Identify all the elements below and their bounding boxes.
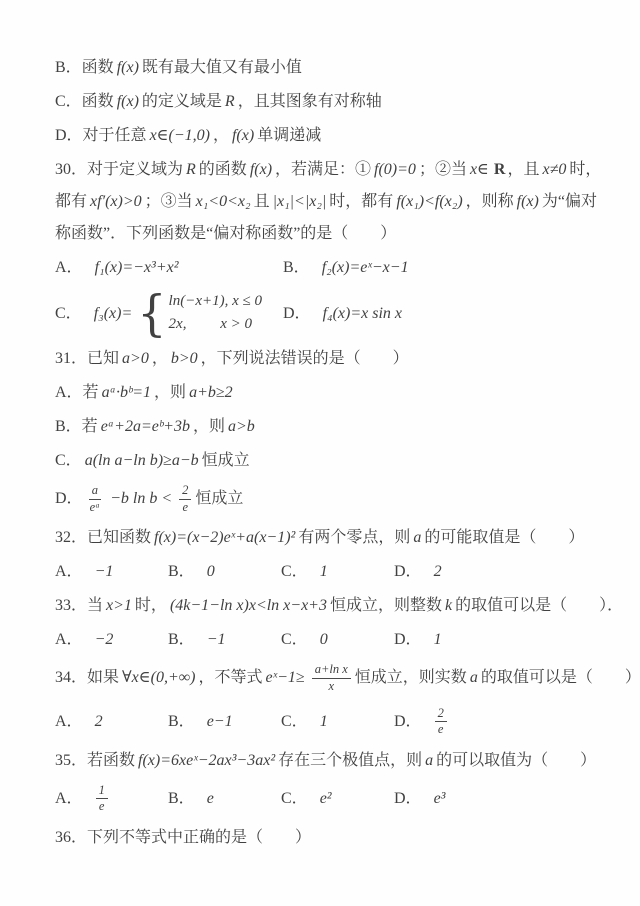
- option-b: B．f₂(x)=eˣ−x−1: [283, 256, 412, 279]
- math-run: f(x)=6xeˣ−2ax³−3ax²: [138, 752, 275, 769]
- text-run: 31．已知: [55, 350, 119, 367]
- text-run: ，则: [154, 384, 186, 401]
- option-d: D．2e: [394, 706, 451, 738]
- text-run: ；③当: [145, 193, 193, 210]
- text-run: 存在三个极值点，则: [278, 752, 422, 769]
- q30-stem-line-3: 称函数”．下列函数是“偏对称函数”的是（ ）: [55, 222, 610, 245]
- case-row: ln(−x+1), x ≤ 0: [169, 290, 262, 313]
- math-run: f(x)=(x−2)eˣ+a(x−1)²: [154, 529, 295, 546]
- option-label: D．: [394, 787, 422, 810]
- option-label: C．: [281, 787, 308, 810]
- math-run: 1: [320, 560, 328, 583]
- option-label: A．: [55, 560, 83, 583]
- option-label: A．: [55, 710, 83, 733]
- fraction: aeᵃ: [87, 483, 104, 515]
- math-run: f(0)=0: [374, 161, 416, 178]
- option-a: A．−2: [55, 628, 168, 651]
- math-run: f(x): [250, 161, 272, 178]
- piecewise-cases: {ln(−x+1), x ≤ 02x, x > 0: [137, 290, 262, 336]
- text-run: 35．若函数: [55, 752, 135, 769]
- q29-option-d: D．对于任意x∈(−1,0)，f(x)单调递减: [55, 124, 610, 147]
- text-run: 33．当: [55, 597, 103, 614]
- math-run: a>b: [228, 418, 255, 435]
- option-b: B．e−1: [168, 710, 281, 733]
- numerator: a: [89, 483, 101, 500]
- q30-options-row-ab: A．f₁(x)=−x³+x²B．f₂(x)=eˣ−x−1: [55, 256, 610, 279]
- text-run: 恒成立，则实数: [355, 669, 467, 686]
- text-run: 时，都有: [329, 193, 393, 210]
- q30-options-row-cd: C．f₃(x)={ln(−x+1), x ≤ 02x, x > 0D．f₄(x)…: [55, 290, 610, 336]
- math-run: a: [470, 669, 478, 686]
- numerator: 2: [435, 706, 447, 723]
- text-run: C．函数: [55, 93, 114, 110]
- math-run: 2: [95, 710, 103, 733]
- math-run: |x₁|<|x₂|: [273, 193, 327, 210]
- option-c: C．e²: [281, 787, 394, 810]
- option-label: A．: [55, 256, 83, 279]
- option-b: B．−1: [168, 628, 281, 651]
- math-run: b>0: [171, 350, 198, 367]
- numerator: 2: [179, 483, 191, 500]
- math-run: e−1: [207, 710, 233, 733]
- option-d: D．f₄(x)=x sin x: [283, 302, 405, 325]
- text-run: B．函数: [55, 59, 114, 76]
- q36-stem: 36．下列不等式中正确的是（ ）: [55, 826, 610, 849]
- text-run: C．: [55, 452, 82, 469]
- q35-options: A．1eB．eC．e²D．e³: [55, 783, 610, 815]
- text-run: ，且: [507, 161, 539, 178]
- option-label: B．: [168, 628, 195, 651]
- q29-option-b: B．函数f(x)既有最大值又有最小值: [55, 56, 610, 79]
- q31-option-d: D．aeᵃ−b ln b <2e恒成立: [55, 483, 610, 515]
- q31-option-a: A．若aᵃ·bᵇ=1，则a+b≥2: [55, 381, 610, 404]
- math-run: a+b≥2: [189, 384, 233, 401]
- q32-stem: 32．已知函数f(x)=(x−2)eˣ+a(x−1)²有两个零点，则a的可能取值…: [55, 526, 610, 549]
- math-run: x≠0: [542, 161, 566, 178]
- math-run: f(x): [117, 93, 139, 110]
- option-label: B．: [168, 787, 195, 810]
- fraction: a+ln xx: [312, 662, 351, 694]
- denominator: e: [96, 799, 108, 815]
- q30-stem-line-1: 30．对于定义域为R的函数f(x)，若满足：①f(0)=0；②当x∈R，且x≠0…: [55, 158, 610, 181]
- text-run: ；②当: [419, 161, 467, 178]
- option-b: B．0: [168, 560, 281, 583]
- math-run: −1: [95, 560, 114, 583]
- q31-option-c: C．a(ln a−ln b)≥a−b恒成立: [55, 449, 610, 472]
- math-run: x∈(−1,0): [150, 127, 210, 144]
- text-run: ，若满足：①: [275, 161, 371, 178]
- text-run: 的可能取值是（ ）: [424, 529, 584, 546]
- math-run: x∈: [470, 161, 489, 178]
- math-run: f(x₁)<f(x₂): [396, 193, 462, 210]
- option-d: D．1: [394, 628, 445, 651]
- math-run: k: [445, 597, 452, 614]
- q33-stem: 33．当x>1时，(4k−1−ln x)x<ln x−x+3恒成立，则整数k的取…: [55, 594, 610, 617]
- option-c: C．0: [281, 628, 394, 651]
- math-run: f(x): [117, 59, 139, 76]
- option-label: D．: [394, 628, 422, 651]
- exam-page: B．函数f(x)既有最大值又有最小值C．函数f(x)的定义域是R，且其图象有对称…: [0, 0, 640, 906]
- text-run: B．若: [55, 418, 98, 435]
- text-run: A．若: [55, 384, 99, 401]
- math-run: −b ln b <: [110, 490, 172, 507]
- option-label: C．: [55, 302, 82, 325]
- q33-options: A．−2B．−1C．0D．1: [55, 628, 610, 651]
- math-run: a: [413, 529, 421, 546]
- text-run: 的可以取值为（ ）: [436, 752, 596, 769]
- math-run: e²: [320, 787, 332, 810]
- q34-stem: 34．如果∀x∈(0,+∞)，不等式eˣ−1≥a+ln xx恒成立，则实数a的取…: [55, 662, 610, 694]
- q31-stem: 31．已知a>0，b>0，下列说法错误的是（ ）: [55, 347, 610, 370]
- option-label: B．: [283, 256, 310, 279]
- math-run: 1: [320, 710, 328, 733]
- text-run: 的取值可以是（ ）: [481, 669, 640, 686]
- math-run: −2: [95, 628, 114, 651]
- option-d: D．2: [394, 560, 445, 583]
- math-run: f₄(x)=x sin x: [323, 302, 402, 325]
- text-run: 32．已知函数: [55, 529, 151, 546]
- text-run: 称函数”．下列函数是“偏对称函数”的是（ ）: [55, 225, 396, 242]
- q30-stem-line-2: 都有xf′(x)>0；③当x₁<0<x₂且|x₁|<|x₂|时，都有f(x₁)<…: [55, 190, 610, 213]
- option-label: C．: [281, 560, 308, 583]
- denominator: e: [435, 722, 447, 738]
- option-c: C．1: [281, 560, 394, 583]
- math-run: R: [186, 161, 196, 178]
- math-run: x₁<0<x₂: [196, 193, 251, 210]
- math-run: 2: [434, 560, 442, 583]
- option-label: C．: [281, 628, 308, 651]
- option-d: D．e³: [394, 787, 448, 810]
- text-run: ，且其图象有对称轴: [238, 93, 382, 110]
- text-run: 恒成立，则整数: [330, 597, 442, 614]
- text-run: ，不等式: [198, 669, 262, 686]
- math-run: R: [225, 93, 235, 110]
- option-a: A．2: [55, 710, 168, 733]
- text-run: 单调递减: [257, 127, 321, 144]
- math-run: e³: [434, 787, 446, 810]
- q32-options: A．−1B．0C．1D．2: [55, 560, 610, 583]
- math-run: 1: [434, 628, 442, 651]
- q35-stem: 35．若函数f(x)=6xeˣ−2ax³−3ax²存在三个极值点，则a的可以取值…: [55, 749, 610, 772]
- option-label: A．: [55, 787, 83, 810]
- option-c: C．1: [281, 710, 394, 733]
- math-run: (4k−1−ln x)x<ln x−x+3: [170, 597, 327, 614]
- math-run: 0: [207, 560, 215, 583]
- option-label: D．: [394, 710, 422, 733]
- math-run: a(ln a−ln b)≥a−b: [85, 452, 199, 469]
- math-run: R: [494, 161, 506, 178]
- fraction: 2e: [435, 706, 447, 738]
- q34-options: A．2B．e−1C．1D．2e: [55, 706, 610, 738]
- text-run: ，: [213, 127, 229, 144]
- text-run: 恒成立: [195, 490, 243, 507]
- text-run: D．对于任意: [55, 127, 147, 144]
- option-label: B．: [168, 710, 195, 733]
- text-run: 34．如果: [55, 669, 119, 686]
- option-b: B．e: [168, 787, 281, 810]
- text-run: 为“偏对: [542, 193, 597, 210]
- option-a: A．1e: [55, 783, 168, 815]
- numerator: a+ln x: [312, 662, 351, 679]
- text-run: 都有: [55, 193, 87, 210]
- math-run: e: [207, 787, 214, 810]
- text-run: 30．对于定义域为: [55, 161, 183, 178]
- denominator: eᵃ: [87, 500, 104, 516]
- text-run: 有两个零点，则: [298, 529, 410, 546]
- option-label: C．: [281, 710, 308, 733]
- math-run: f₁(x)=−x³+x²: [95, 256, 179, 279]
- text-run: ，则称: [466, 193, 514, 210]
- option-label: D．: [394, 560, 422, 583]
- option-a: A．f₁(x)=−x³+x²: [55, 256, 283, 279]
- math-run: f₃(x)=: [94, 302, 133, 325]
- q29-option-c: C．函数f(x)的定义域是R，且其图象有对称轴: [55, 90, 610, 113]
- option-label: A．: [55, 628, 83, 651]
- text-run: ，下列说法错误的是（ ）: [201, 350, 409, 367]
- math-run: xf′(x)>0: [90, 193, 142, 210]
- math-run: x>1: [106, 597, 132, 614]
- option-label: D．: [283, 302, 311, 325]
- math-run: ∀x∈(0,+∞): [122, 669, 195, 686]
- case-rows: ln(−x+1), x ≤ 02x, x > 0: [169, 290, 262, 336]
- denominator: e: [179, 500, 191, 516]
- text-run: 36．下列不等式中正确的是（ ）: [55, 829, 311, 846]
- text-run: 的定义域是: [142, 93, 222, 110]
- math-run: a: [425, 752, 433, 769]
- numerator: 1: [96, 783, 108, 800]
- case-row: 2x, x > 0: [169, 313, 262, 336]
- text-run: ，: [152, 350, 168, 367]
- option-label: B．: [168, 560, 195, 583]
- text-run: 且: [254, 193, 270, 210]
- text-run: 时，: [569, 161, 601, 178]
- math-run: a>0: [122, 350, 149, 367]
- fraction: 2e: [179, 483, 191, 515]
- left-brace-icon: {: [137, 290, 166, 336]
- math-run: eᵃ+2a=eᵇ+3b: [101, 418, 190, 435]
- math-run: eˣ−1≥: [266, 669, 305, 686]
- fraction: 1e: [96, 783, 108, 815]
- math-run: aᵃ·bᵇ=1: [102, 384, 151, 401]
- math-run: f(x): [517, 193, 539, 210]
- text-run: 的函数: [199, 161, 247, 178]
- q31-option-b: B．若eᵃ+2a=eᵇ+3b，则a>b: [55, 415, 610, 438]
- text-run: 既有最大值又有最小值: [142, 59, 302, 76]
- text-run: D．: [55, 490, 83, 507]
- denominator: x: [325, 679, 337, 695]
- text-run: ，则: [193, 418, 225, 435]
- option-a: A．−1: [55, 560, 168, 583]
- math-run: f₂(x)=eˣ−x−1: [322, 256, 409, 279]
- text-run: 时，: [135, 597, 167, 614]
- math-run: −1: [207, 628, 226, 651]
- text-run: 恒成立: [202, 452, 250, 469]
- option-c: C．f₃(x)={ln(−x+1), x ≤ 02x, x > 0: [55, 290, 283, 336]
- math-run: f(x): [232, 127, 254, 144]
- text-run: 的取值可以是（ ）．: [455, 597, 623, 614]
- math-run: 0: [320, 628, 328, 651]
